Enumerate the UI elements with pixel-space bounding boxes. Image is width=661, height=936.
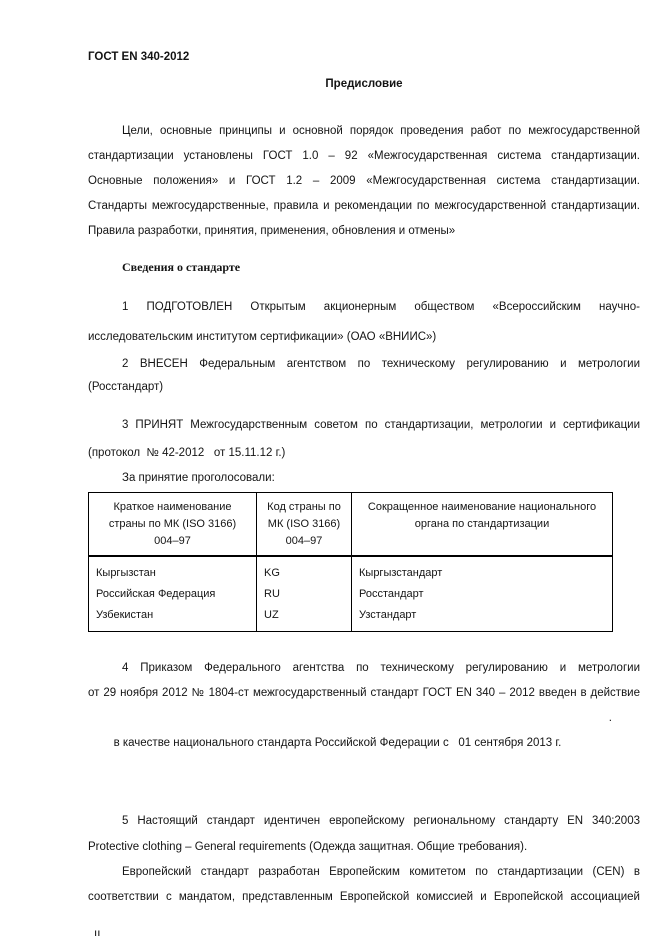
paragraph-line: (Росстандарт) — [88, 376, 640, 399]
paragraph-line: 3 ПРИНЯТ Межгосударственным советом по с… — [88, 411, 640, 439]
paragraph-line: Цели, основные принципы и основной поряд… — [88, 119, 640, 144]
table-header-org: Сокращенное наименование национального о… — [352, 493, 613, 557]
header-line: МК (ISO 3166) — [261, 516, 347, 533]
table-row: Узбекистан UZ Узстандарт — [89, 605, 613, 632]
header-line: 004–97 — [93, 533, 252, 550]
clause-2-submitted: 2 ВНЕСЕН Федеральным агентством по техни… — [88, 353, 640, 399]
cell-code: RU — [257, 584, 352, 605]
paragraph-line: 5 Настоящий стандарт идентичен европейск… — [88, 808, 640, 834]
paragraph-line: 1 ПОДГОТОВЛЕН Открытым акционерным общес… — [88, 292, 640, 322]
clause-4-last-line: в качестве национального стандарта Росси… — [114, 737, 562, 749]
cell-code: UZ — [257, 605, 352, 632]
doc-header: ГОСТ EN 340-2012 — [88, 50, 640, 64]
cell-org: Росстандарт — [352, 584, 613, 605]
clause-4-order: 4 Приказом Федерального агентства по тех… — [88, 656, 640, 806]
paragraph-line: 2 ВНЕСЕН Федеральным агентством по техни… — [88, 353, 640, 376]
page-number: II — [94, 929, 640, 936]
clause-3-adopted: 3 ПРИНЯТ Межгосударственным советом по с… — [88, 411, 640, 467]
paragraph-line: Стандарты межгосударственные, правила и … — [88, 194, 640, 219]
intro-paragraph: Цели, основные принципы и основной поряд… — [88, 119, 640, 244]
table-row: Кыргызстан KG Кыргызстандарт — [89, 556, 613, 584]
paragraph-line: 4 Приказом Федерального агентства по тех… — [88, 656, 640, 681]
table-row: Российская Федерация RU Росстандарт — [89, 584, 613, 605]
cell-org: Узстандарт — [352, 605, 613, 632]
paragraph-line: Protective clothing – General requiremen… — [88, 834, 640, 860]
clause-1-prepared: 1 ПОДГОТОВЛЕН Открытым акционерным общес… — [88, 292, 640, 352]
paragraph-line: (протокол № 42-2012 от 15.11.12 г.) — [88, 439, 640, 467]
page-title: Предисловие — [88, 76, 640, 92]
vote-table-header: Краткое наименование страны по МК (ISO 3… — [89, 493, 613, 557]
header-line: Краткое наименование — [93, 499, 252, 516]
table-header-country: Краткое наименование страны по МК (ISO 3… — [89, 493, 257, 557]
paragraph-line: Европейский стандарт разработан Европейс… — [88, 860, 640, 885]
vote-table-body: Кыргызстан KG Кыргызстандарт Российская … — [89, 556, 613, 632]
header-line: органа по стандартизации — [356, 516, 608, 533]
document-page: ГОСТ EN 340-2012 Предисловие Цели, основ… — [0, 0, 661, 936]
standard-info-heading: Сведения о стандарте — [88, 258, 640, 276]
header-line: Код страны по — [261, 499, 347, 516]
document-body: ГОСТ EN 340-2012 Предисловие Цели, основ… — [88, 0, 640, 936]
cell-code: KG — [257, 556, 352, 584]
paragraph-line: Основные положения» и ГОСТ 1.2 – 2009 «М… — [88, 169, 640, 194]
cell-org: Кыргызстандарт — [352, 556, 613, 584]
clause-6-development: Европейский стандарт разработан Европейс… — [88, 860, 640, 910]
cell-country: Кыргызстан — [89, 556, 257, 584]
table-header-code: Код страны по МК (ISO 3166) 004–97 — [257, 493, 352, 557]
paragraph-line: Правила разработки, принятия, применения… — [88, 219, 640, 244]
vote-table: Краткое наименование страны по МК (ISO 3… — [88, 492, 613, 632]
paragraph-line: стандартизации установлены ГОСТ 1.0 – 92… — [88, 144, 640, 169]
paragraph-line: исследовательским институтом сертификаци… — [88, 322, 640, 352]
paragraph-line: от 29 ноября 2012 № 1804-ст межгосударст… — [88, 681, 640, 706]
paragraph-line: соответствии с мандатом, представленным … — [88, 885, 640, 910]
header-line: страны по МК (ISO 3166) — [93, 516, 252, 533]
cell-country: Узбекистан — [89, 605, 257, 632]
clause-5-identity: 5 Настоящий стандарт идентичен европейск… — [88, 808, 640, 860]
header-line: 004–97 — [261, 533, 347, 550]
paragraph-line: в качестве национального стандарта Росси… — [88, 706, 640, 806]
vote-intro-line: За принятие проголосовали: — [88, 467, 640, 489]
clause-4-trailing-dot: . — [609, 706, 612, 731]
paragraph-line: За принятие проголосовали: — [88, 467, 640, 489]
cell-country: Российская Федерация — [89, 584, 257, 605]
header-line: Сокращенное наименование национального — [356, 499, 608, 516]
